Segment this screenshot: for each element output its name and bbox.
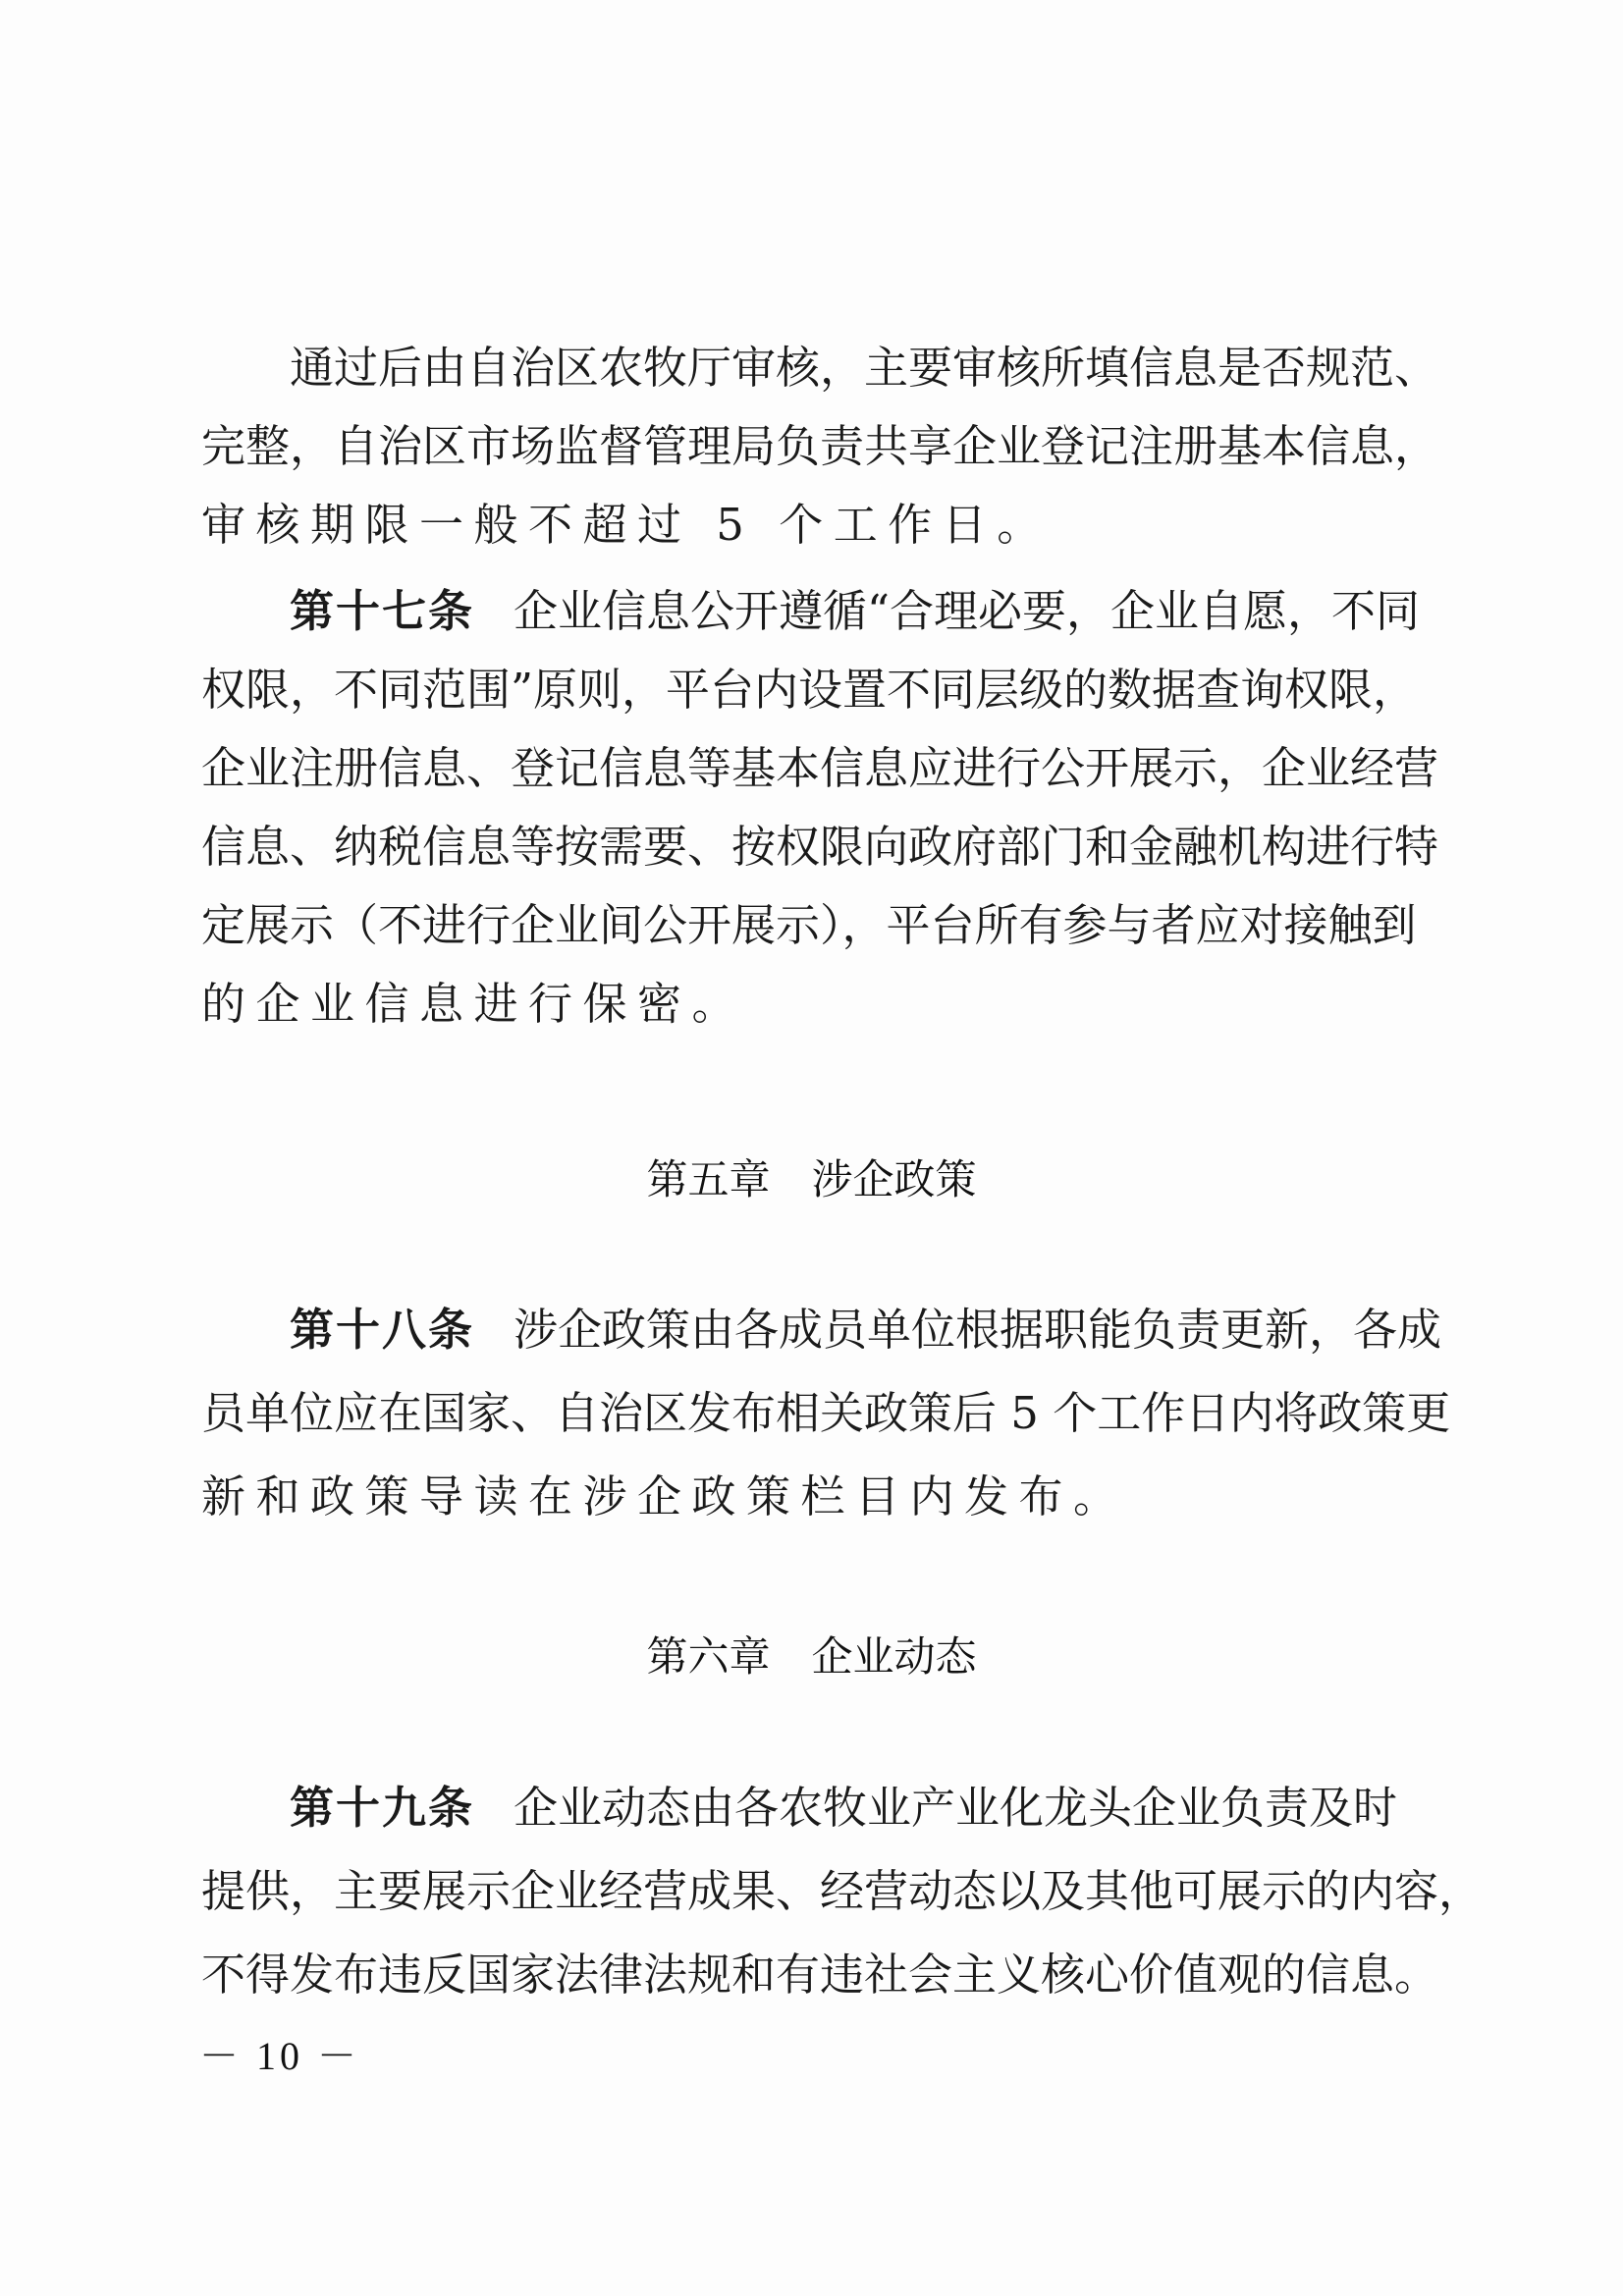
paragraph-line: 权限，不同范围”原则，平台内设置不同层级的数据查询权限，	[201, 661, 1375, 720]
paragraph-line: 不得发布违反国家法律法规和有违社会主义核心价值观的信息。	[201, 1946, 1375, 2004]
paragraph-line: 通过后由自治区农牧厅审核，主要审核所填信息是否规范、	[290, 339, 1375, 398]
article-number: 第十九条	[290, 1782, 474, 1834]
paragraph-line: 的企业信息进行保密。	[201, 975, 1375, 1034]
document-page: 通过后由自治区农牧厅审核，主要审核所填信息是否规范、 完整，自治区市场监督管理局…	[0, 0, 1623, 2296]
chapter-heading: 第六章企业动态	[0, 1628, 1623, 1686]
paragraph-line: 新和政策导读在涉企政策栏目内发布。	[201, 1468, 1375, 1526]
article-text: 企业动态由各农牧业产业化龙头企业负责及时	[514, 1782, 1397, 1834]
chapter-heading: 第五章涉企政策	[0, 1150, 1623, 1209]
article-text: 企业信息公开遵循“合理必要，企业自愿，不同	[514, 585, 1420, 637]
paragraph-line: 完整，自治区市场监督管理局负责共享企业登记注册基本信息，	[201, 417, 1375, 476]
chapter-title: 涉企政策	[812, 1155, 977, 1203]
article-17-first-line: 第十七条企业信息公开遵循“合理必要，企业自愿，不同	[290, 582, 1375, 641]
paragraph-line: 信息、纳税信息等按需要、按权限向政府部门和金融机构进行特	[201, 818, 1375, 877]
chapter-number: 第六章	[646, 1632, 770, 1681]
paragraph-line: 审核期限一般不超过 5 个工作日。	[201, 496, 1375, 555]
chapter-title: 企业动态	[812, 1632, 977, 1681]
chapter-number: 第五章	[646, 1155, 770, 1203]
article-text: 涉企政策由各成员单位根据职能负责更新，各成	[514, 1304, 1441, 1356]
article-number: 第十八条	[290, 1304, 474, 1356]
page-number: － 10 －	[199, 2032, 360, 2081]
paragraph-line: 定展示（不进行企业间公开展示），平台所有参与者应对接触到	[201, 896, 1375, 955]
paragraph-line: 提供，主要展示企业经营成果、经营动态以及其他可展示的内容，	[201, 1862, 1375, 1921]
article-18-first-line: 第十八条涉企政策由各成员单位根据职能负责更新，各成	[290, 1301, 1375, 1360]
article-number: 第十七条	[290, 585, 474, 637]
paragraph-line: 企业注册信息、登记信息等基本信息应进行公开展示，企业经营	[201, 739, 1375, 798]
article-19-first-line: 第十九条企业动态由各农牧业产业化龙头企业负责及时	[290, 1779, 1375, 1838]
paragraph-line: 员单位应在国家、自治区发布相关政策后 5 个工作日内将政策更	[201, 1384, 1375, 1443]
